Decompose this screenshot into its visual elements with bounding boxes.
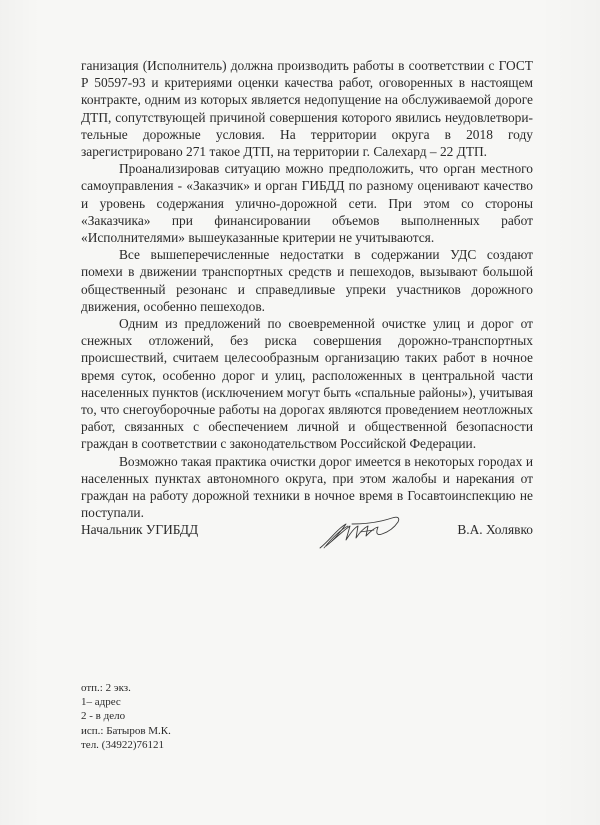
- letter-body: ганизация (Исполнитель) должна производи…: [81, 57, 533, 521]
- signatory-title: Начальник УГИБДД: [81, 522, 198, 538]
- footer-notes: отп.: 2 экз. 1– адрес 2 - в дело исп.: Б…: [81, 681, 171, 752]
- signatory-name: В.А. Холявко: [457, 522, 533, 538]
- copies-count: отп.: 2 экз.: [81, 681, 171, 695]
- paragraph-proposal: Одним из предложений по своевременной оч…: [81, 315, 533, 453]
- handwritten-signature-icon: [316, 510, 406, 552]
- copy-1-destination: 1– адрес: [81, 695, 171, 709]
- paragraph-shortcomings: Все вышеперечисленные недостатки в содер…: [81, 246, 533, 315]
- executor: исп.: Батыров М.К.: [81, 724, 171, 738]
- paragraph-continuation: ганизация (Исполнитель) должна производи…: [81, 57, 533, 160]
- paragraph-analysis: Проанализировав ситуацию можно предполож…: [81, 160, 533, 246]
- paragraph-practice: Возможно такая практика очистки дорог им…: [81, 453, 533, 522]
- copy-2-destination: 2 - в дело: [81, 709, 171, 723]
- signature-block: Начальник УГИБДД В.А. Холявко: [81, 514, 533, 554]
- document-page: ганизация (Исполнитель) должна производи…: [0, 0, 600, 825]
- executor-phone: тел. (34922)76121: [81, 738, 171, 752]
